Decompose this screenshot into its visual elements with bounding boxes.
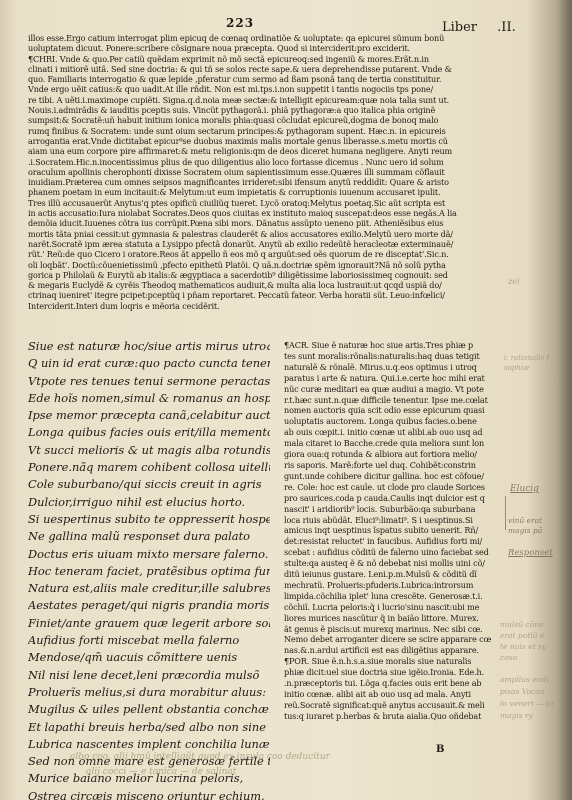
marginal-note-top: zei [508,277,520,286]
verse-line: Doctus eris uiuam mixto mersare falerno. [28,546,270,563]
commentary-line: tus:q iuraret p.herbas & bruta aialia.Qu… [284,711,492,722]
commentary-line: re tibi. A uẽti.i.maximope cupiẽti. Sign… [28,95,488,105]
marginal-note-pisas: pisas Vocan [500,687,545,696]
commentary-line: uoluptatem dicuut. Ponere:scribere cõsig… [28,43,488,53]
verse-line: Ostrea circæis misceno oriuntur echium. [28,788,270,800]
commentary-line: ¶CHRI. Vnde & quo.Per catiũ quẽdam expri… [28,54,488,64]
verse-line: Siue est naturæ hoc/siue artis mirus utr… [28,338,270,355]
commentary-line: quo. Familiaris interrogatio & quæ lepid… [28,74,488,84]
commentary-line: giora oua:q rotunda & albiora aut fortio… [284,449,492,460]
commentary-line: r.t.hæc sunt.n.quæ difficile tenentur. I… [284,395,492,406]
commentary-line: oraculum apollinis cherophonti dixisse S… [28,167,488,177]
commentary-line: Interciderit.Interi dum loqris e mẽoria … [28,301,488,311]
commentary-line: arrogantia erat.Vnde dictitabat epicur⁹s… [28,136,488,146]
commentary-line: nas.&.n.ardui artificii est eas diligẽti… [284,645,492,656]
commentary-line: inuidiam.Præterea cum omnes seipsos magn… [28,177,488,187]
commentary-line: oli loqbãt'. Doctũ:cõuenietissimũ ,pfect… [28,260,488,270]
marginal-note-magis-2: magis ry [500,711,533,720]
verse-line: Aufidius forti miscebat mella falerno [28,632,270,649]
marginal-note-magis: magis pã [508,526,542,535]
commentary-line: ditũ ieiunus gustare. Leni.p.m.Mulsũ & c… [284,569,492,580]
commentary-line: limpida.cõchilia iplet' luna crescẽte. G… [284,591,492,602]
verse-column: Siue est naturæ hoc/siue artis mirus utr… [28,338,270,800]
commentary-line: .n.præceptoris tui. Lõga q.facies ouis e… [284,678,492,689]
marginal-note-elucius: Elucig [510,484,539,494]
marginal-note-vinum: vinũ erat [508,516,542,525]
commentary-line: rũt.' Reũ:de quo Cicero i oratore.Reos ã… [28,249,488,259]
commentary-line: ab ouis cœpit.i. initio cœnæ ut alibi.ab… [284,427,492,438]
commentary-line: illos esse.Ergo catium interrogat plim e… [28,33,488,43]
verse-line: Ede hoĩs nomen,simul & romanus an hospes… [28,390,270,407]
commentary-line: mortis tãta pniai cessit:ut gymnasia & p… [28,229,488,239]
marginal-note-mulsum: mulsũ cõne [500,620,543,629]
commentary-line: scebat : aufidius cõditũ de falerno uino… [284,547,492,558]
commentary-line: mechratũ. Prolueris:pfuderis.Lubrica:int… [284,580,492,591]
verse-line: Ipse memor præcepta canã,celabitur aucto… [28,407,270,424]
verse-line: Ponere.nãq marem cohibent collosa uitell… [28,459,270,476]
commentary-line: ctrinaq iueniret' itegre pcipet:pceptũq … [28,290,488,300]
verse-line: Proluerĩs melius,si dura morabitur aluus… [28,684,270,701]
commentary-line: liores murices nascũtur q̃ in baião litt… [284,613,492,624]
commentary-line: .i.Socratem.Hic.n.inocentissimus plius d… [28,157,488,167]
running-head-book-number: .II. [497,20,516,35]
commentary-line: phanem poetam in eum incitauit:& Melytum… [28,187,488,197]
commentary-line: re. Cole: hoc est caule. ut clode pro cl… [284,482,492,493]
commentary-line: Nemo debet arroganter dicere se scire ap… [284,634,492,645]
commentary-line: stulte:qa austeq ẽ & nõ debebat nisi mol… [284,558,492,569]
commentary-line: demõia iducit.Iuuenes cõtra ius corrũpit… [28,218,488,228]
commentary-line: cõchiĩ. Lucria peloris:q̃ i lucrio'sinu … [284,602,492,613]
commentary-line: narẽt.Socratẽ ipm ærea statuta a Lysippo… [28,239,488,249]
marginal-note-potius: erat potiũ e [500,631,544,640]
commentary-line: nũc curæ meditari ea quæ audiui a magio.… [284,384,492,395]
commentary-line: amicus inqt uesptinus ĩspatus subito uen… [284,525,492,536]
verse-line: Mendose/qm̃ uacuis cõmittere uenis [28,649,270,666]
top-commentary-block: illos esse.Ergo catium interrogat plim e… [28,33,488,311]
commentary-line: gorica p Philolaũ & Eurytũ ab italis:& æ… [28,270,488,280]
marginal-note-rational: i. rationalis f [504,354,549,362]
verse-line: Dulcior,irriguo nihil est elucius horto. [28,494,270,511]
bottom-note-line-2: alij cocci — e tonica — de salinat [86,767,236,777]
commentary-line: & megaris Euclydẽ & cyrẽis Theodoq mathe… [28,280,488,290]
commentary-line: mala citaret io Bacche.crede quia melior… [284,438,492,449]
verse-line: Aestates peraget/qui nigris prandia mori… [28,597,270,614]
commentary-line: det:resistat reluctet' in faucibus. Aufi… [284,536,492,547]
verse-line: Vtpote res tenues tenui sermone peractas… [28,373,270,390]
commentary-line: in actis accusatio:Iura niolabat Socrate… [28,208,488,218]
verse-line: Q uin id erat curæ:quo pacto cuncta tene… [28,355,270,372]
commentary-line: tes sunt moralis:rõnalis:naturalis:haq d… [284,351,492,362]
commentary-line: initio cœnæ. alibi ait ab ouo usq ad mal… [284,689,492,700]
verse-line: Et lapathi breuis herba/sed albo non sin… [28,719,270,736]
commentary-line: ris saporis. Marẽ:forte uel duq. Cohibẽt… [284,460,492,471]
verse-line: Nil nisi lene decet,leni præcordia mulsõ [28,667,270,684]
commentary-line: loca riuis abũdãt. Eluci⁹:limati⁹. S i u… [284,515,492,526]
commentary-line: phiæ dicit:uel siue doctria siue igẽio.I… [284,667,492,678]
commentary-line: nascit' i aridiorib⁹ locis. Suburbão:qa … [284,504,492,515]
folio-number: 223 [226,16,254,30]
commentary-line: aiam una eum corpore pire affirmaret:& m… [28,146,488,156]
page-gutter-shadow [558,0,572,800]
signature-mark: B [436,744,444,755]
commentary-line: uoluptatis auctorem. Longa quibus facies… [284,416,492,427]
verse-line: Hoc teneram faciet, pratẽsibus optima fu… [28,563,270,580]
bottom-note-line-1: albo coo. alij hmũ intelligũt quod ex in… [70,752,330,762]
marginal-bracket [505,496,506,530]
verse-line: Finiet/ante grauem quæ legerit arbore so… [28,615,270,632]
verse-line: Longa quibus facies ouis erit/illa memen… [28,424,270,441]
commentary-line: clinati i mitiorẽ uitã. Sed sine doctria… [28,64,488,74]
marginal-note-tenuis: te nuis et sy [500,642,546,651]
commentary-line: sumpsit:& Socratẽ:uñ habuit initium ioni… [28,115,488,125]
marginal-note-responset: Responset [508,548,553,558]
commentary-line: paratus i arte & natura. Qui.i.e.certe h… [284,373,492,384]
commentary-line: naturalẽ & rõnalẽ. Mirus.u.q.eos optimus… [284,362,492,373]
commentary-line: gunt.unde cohibere dicitur gallina. hoc … [284,471,492,482]
commentary-column: ¶ACR. Siue ẽ naturæ hoc siue artis.Tres … [284,340,492,722]
commentary-line: pro saurices.coda p cauda.Caulis inqt du… [284,493,492,504]
commentary-line: Nouis.i.admirãdis & iauditis pceptis sui… [28,105,488,115]
verse-line: Natura est,aliis male creditur,ille salu… [28,580,270,597]
book-page: 223 Liber .II. illos esse.Ergo catium in… [0,0,572,800]
verse-line: Vt succi melioris & ut magis alba rotund… [28,442,270,459]
commentary-line: Tres illũ accusauerũt Anytus'q ptes opif… [28,198,488,208]
verse-line: Cole suburbano/qui siccis creuit in agri… [28,476,270,493]
marginal-note-amplius: amplius endi [500,675,549,684]
verse-line: Mugilus & uiles pellent obstantia conchæ… [28,701,270,718]
commentary-line: reũ.Socratẽ significat:quẽ anytus accusa… [284,700,492,711]
marginal-note-coso: coso [500,653,517,662]
marginal-note-sophie: sophiæ [504,364,530,372]
verse-line: Si uespertinus subito te oppresserit hos… [28,511,270,528]
commentary-line: ãt genus ẽ piscis:ut murexq marinus. Nec… [284,624,492,635]
commentary-line: rumq finibus & Socratem: unde sunt oium … [28,126,488,136]
verse-line: Ne gallina malũ responset dura palato [28,528,270,545]
commentary-line: ¶ACR. Siue ẽ naturæ hoc siue artis.Tres … [284,340,492,351]
verse-line: Lubrica nascentes implent conchilia lunæ… [28,736,270,753]
commentary-line: ¶POR. Siue ẽ.n.h.s.a.siue moralis siue n… [284,656,492,667]
marginal-note-veneris: in veneri — to [500,699,553,708]
commentary-line: nomen auctoris quia scit odio esse epicu… [284,405,492,416]
commentary-line: Vnde ergo uẽit catius:& quo uadit.At ill… [28,84,488,94]
